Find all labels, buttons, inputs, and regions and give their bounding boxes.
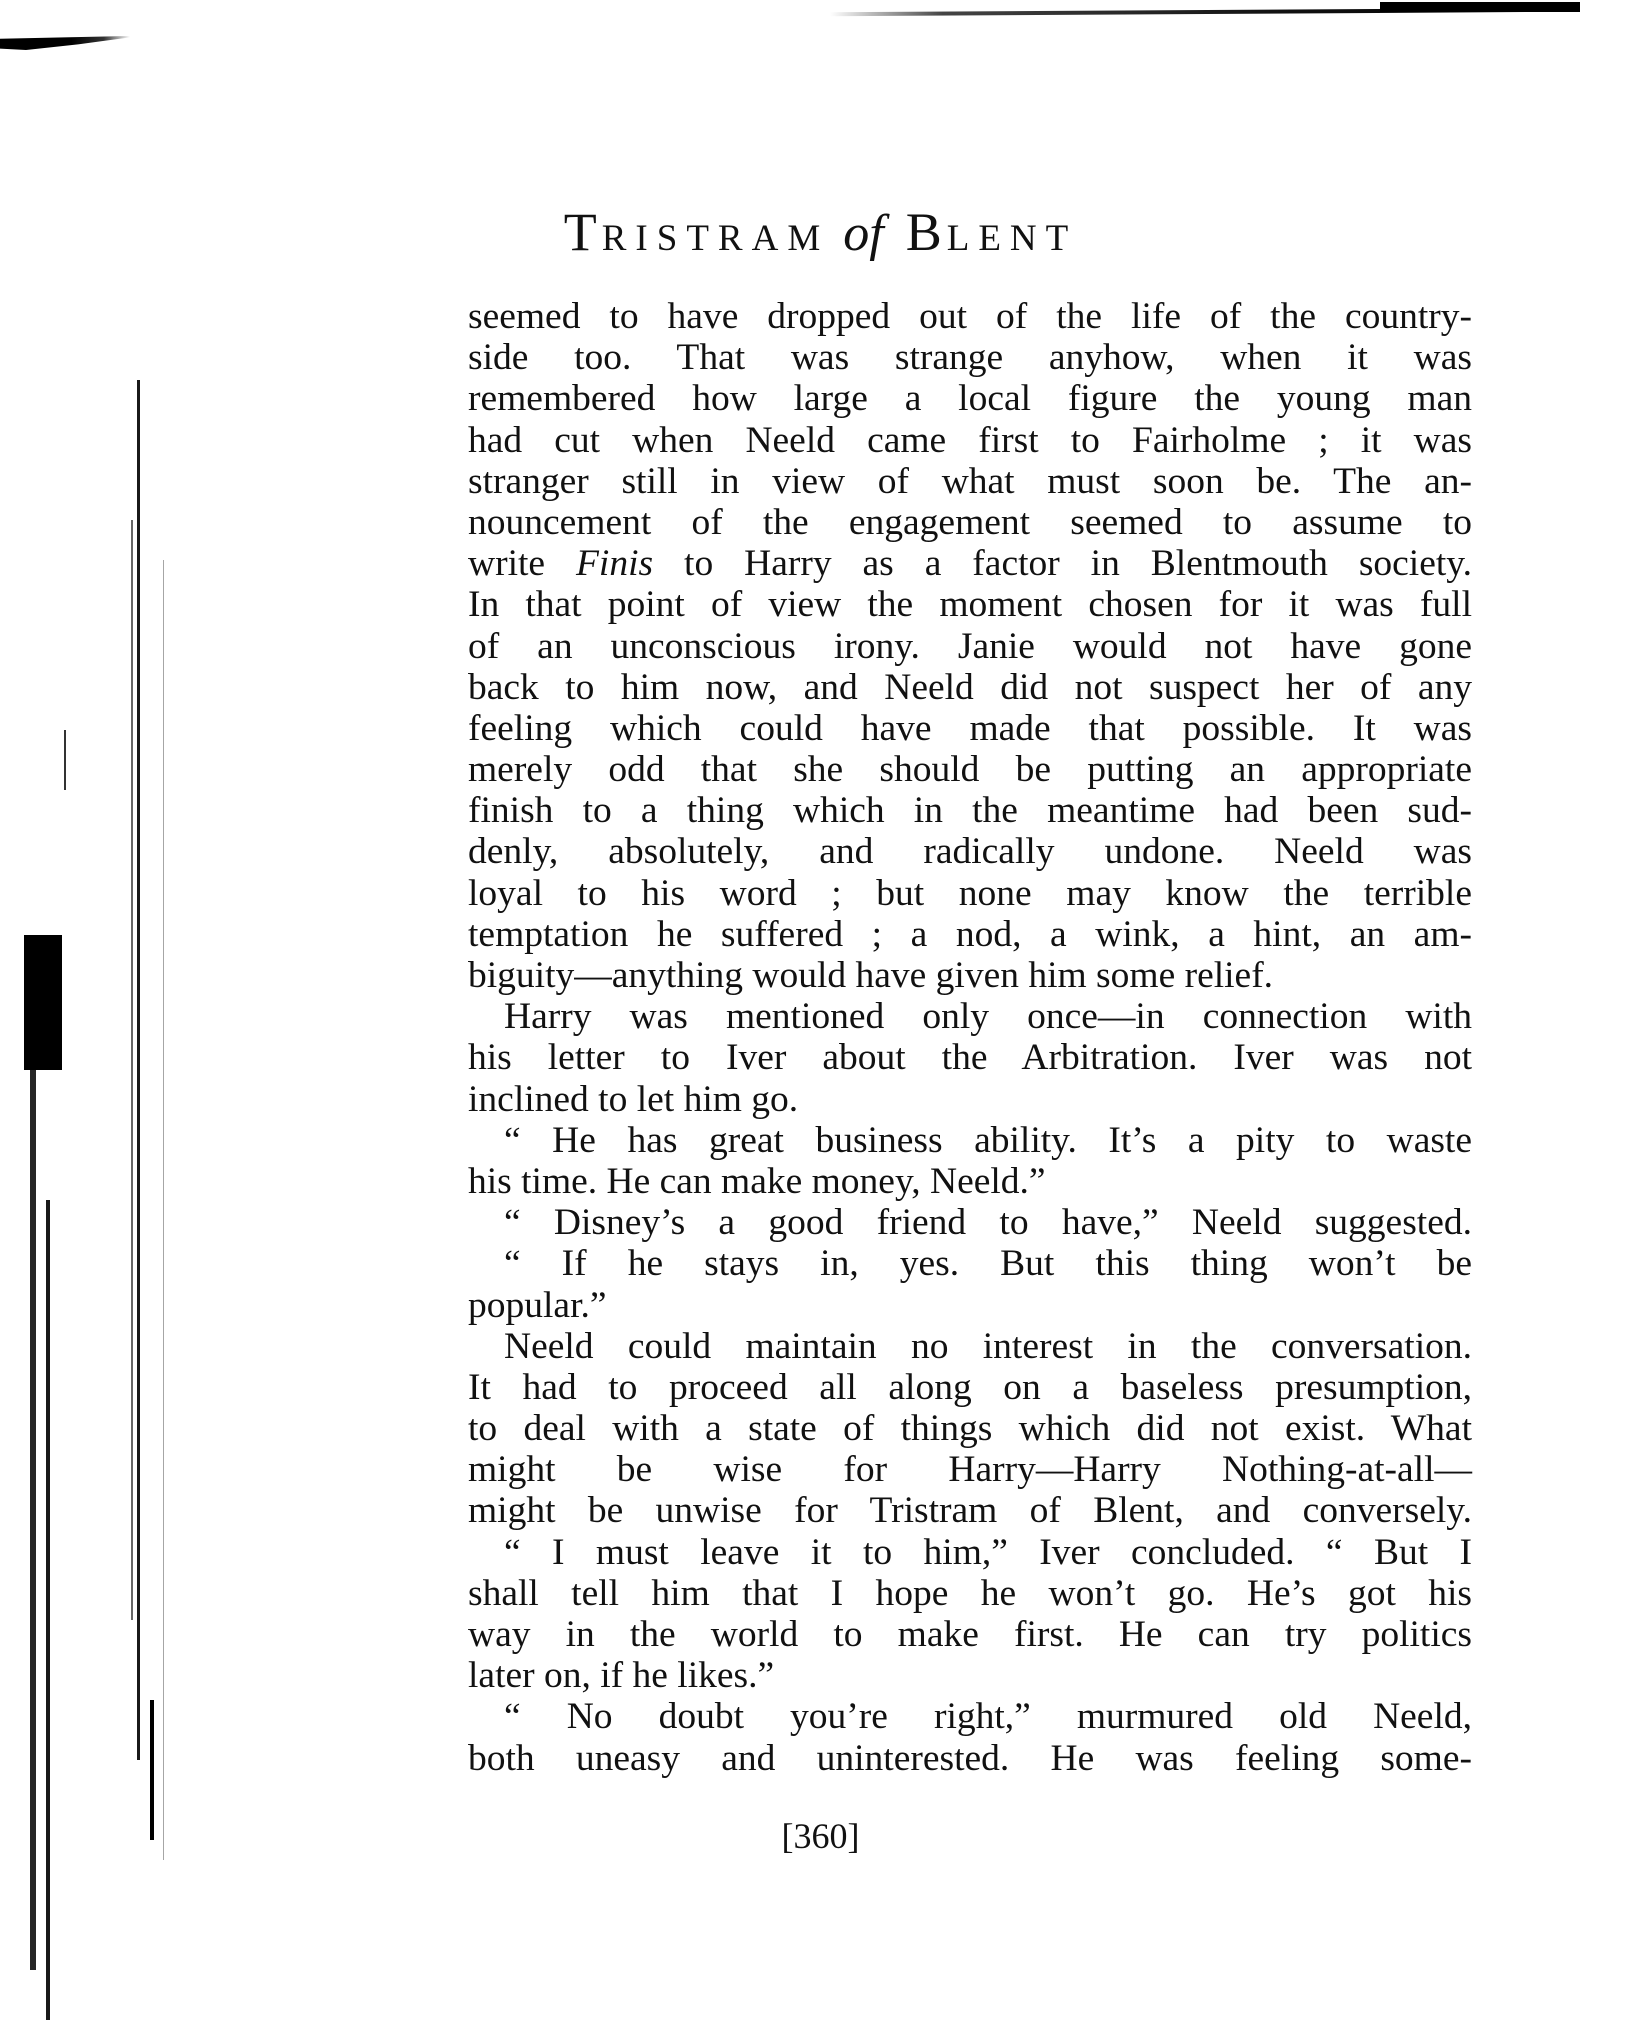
gutter-artifact [163, 560, 164, 1860]
text-line: denly, absolutely, and radically undone.… [468, 831, 1472, 872]
text-line: “ I must leave it to him,” Iver conclude… [468, 1532, 1472, 1573]
text-line: “ Disney’s a good friend to have,” Neeld… [468, 1202, 1472, 1243]
text-line: inclined to let him go. [468, 1079, 1472, 1120]
gutter-artifact [137, 380, 140, 1760]
text-line: both uneasy and uninterested. He was fee… [468, 1738, 1472, 1779]
gutter-artifact [131, 520, 133, 1620]
text-line: had cut when Neeld came first to Fairhol… [468, 420, 1472, 461]
running-head-initial-1: T [564, 202, 602, 262]
text-line: way in the world to make first. He can t… [468, 1614, 1472, 1655]
text-line: finish to a thing which in the meantime … [468, 790, 1472, 831]
body-text: seemed to have dropped out of the life o… [468, 296, 1472, 1779]
text-run: write [468, 543, 576, 584]
scan-top-rule-thick [1380, 2, 1580, 12]
text-line: remembered how large a local figure the … [468, 378, 1472, 419]
text-line: biguity—anything would have given him so… [468, 955, 1472, 996]
text-line: Neeld could maintain no interest in the … [468, 1326, 1472, 1367]
text-line: feeling which could have made that possi… [468, 708, 1472, 749]
text-line: stranger still in view of what must soon… [468, 461, 1472, 502]
text-run: to Harry as a factor in Blentmouth socie… [653, 543, 1472, 584]
text-line: might be unwise for Tristram of Blent, a… [468, 1490, 1472, 1531]
text-line: “ He has great business ability. It’s a … [468, 1120, 1472, 1161]
text-line: his time. He can make money, Neeld.” [468, 1161, 1472, 1202]
text-line: Harry was mentioned only once—in connect… [468, 996, 1472, 1037]
gutter-artifact [46, 1200, 50, 2020]
gutter-artifact [64, 730, 66, 790]
text-line: seemed to have dropped out of the life o… [468, 296, 1472, 337]
text-line: In that point of view the moment chosen … [468, 584, 1472, 625]
text-line: “ If he stays in, yes. But this thing wo… [468, 1243, 1472, 1284]
text-line: merely odd that she should be putting an… [468, 749, 1472, 790]
text-line: “ No doubt you’re right,” murmured old N… [468, 1696, 1472, 1737]
running-head: TRISTRAMofBLENT [0, 205, 1641, 260]
running-head-word-1: RISTRAM [602, 218, 829, 259]
text-line: might be wise for Harry—Harry Nothing-at… [468, 1449, 1472, 1490]
running-head-word-2: LENT [947, 218, 1078, 259]
running-head-connector: of [843, 205, 883, 262]
scan-edge-blot [0, 36, 130, 50]
text-line: to deal with a state of things which did… [468, 1408, 1472, 1449]
page-number: [360] [0, 1815, 1641, 1857]
text-line: nouncement of the engagement seemed to a… [468, 502, 1472, 543]
text-line: shall tell him that I hope he won’t go. … [468, 1573, 1472, 1614]
gutter-artifact [24, 935, 62, 1070]
italic-word: Finis [576, 543, 653, 584]
text-line: popular.” [468, 1285, 1472, 1326]
text-line: later on, if he likes.” [468, 1655, 1472, 1696]
text-line: of an unconscious irony. Janie would not… [468, 626, 1472, 667]
text-line: temptation he suffered ; a nod, a wink, … [468, 914, 1472, 955]
running-head-initial-2: B [906, 202, 947, 262]
text-line: write Finis to Harry as a factor in Blen… [468, 543, 1472, 584]
text-line: his letter to Iver about the Arbitration… [468, 1037, 1472, 1078]
text-line: side too. That was strange anyhow, when … [468, 337, 1472, 378]
text-line: loyal to his word ; but none may know th… [468, 873, 1472, 914]
text-line: back to him now, and Neeld did not suspe… [468, 667, 1472, 708]
text-line: It had to proceed all along on a baseles… [468, 1367, 1472, 1408]
